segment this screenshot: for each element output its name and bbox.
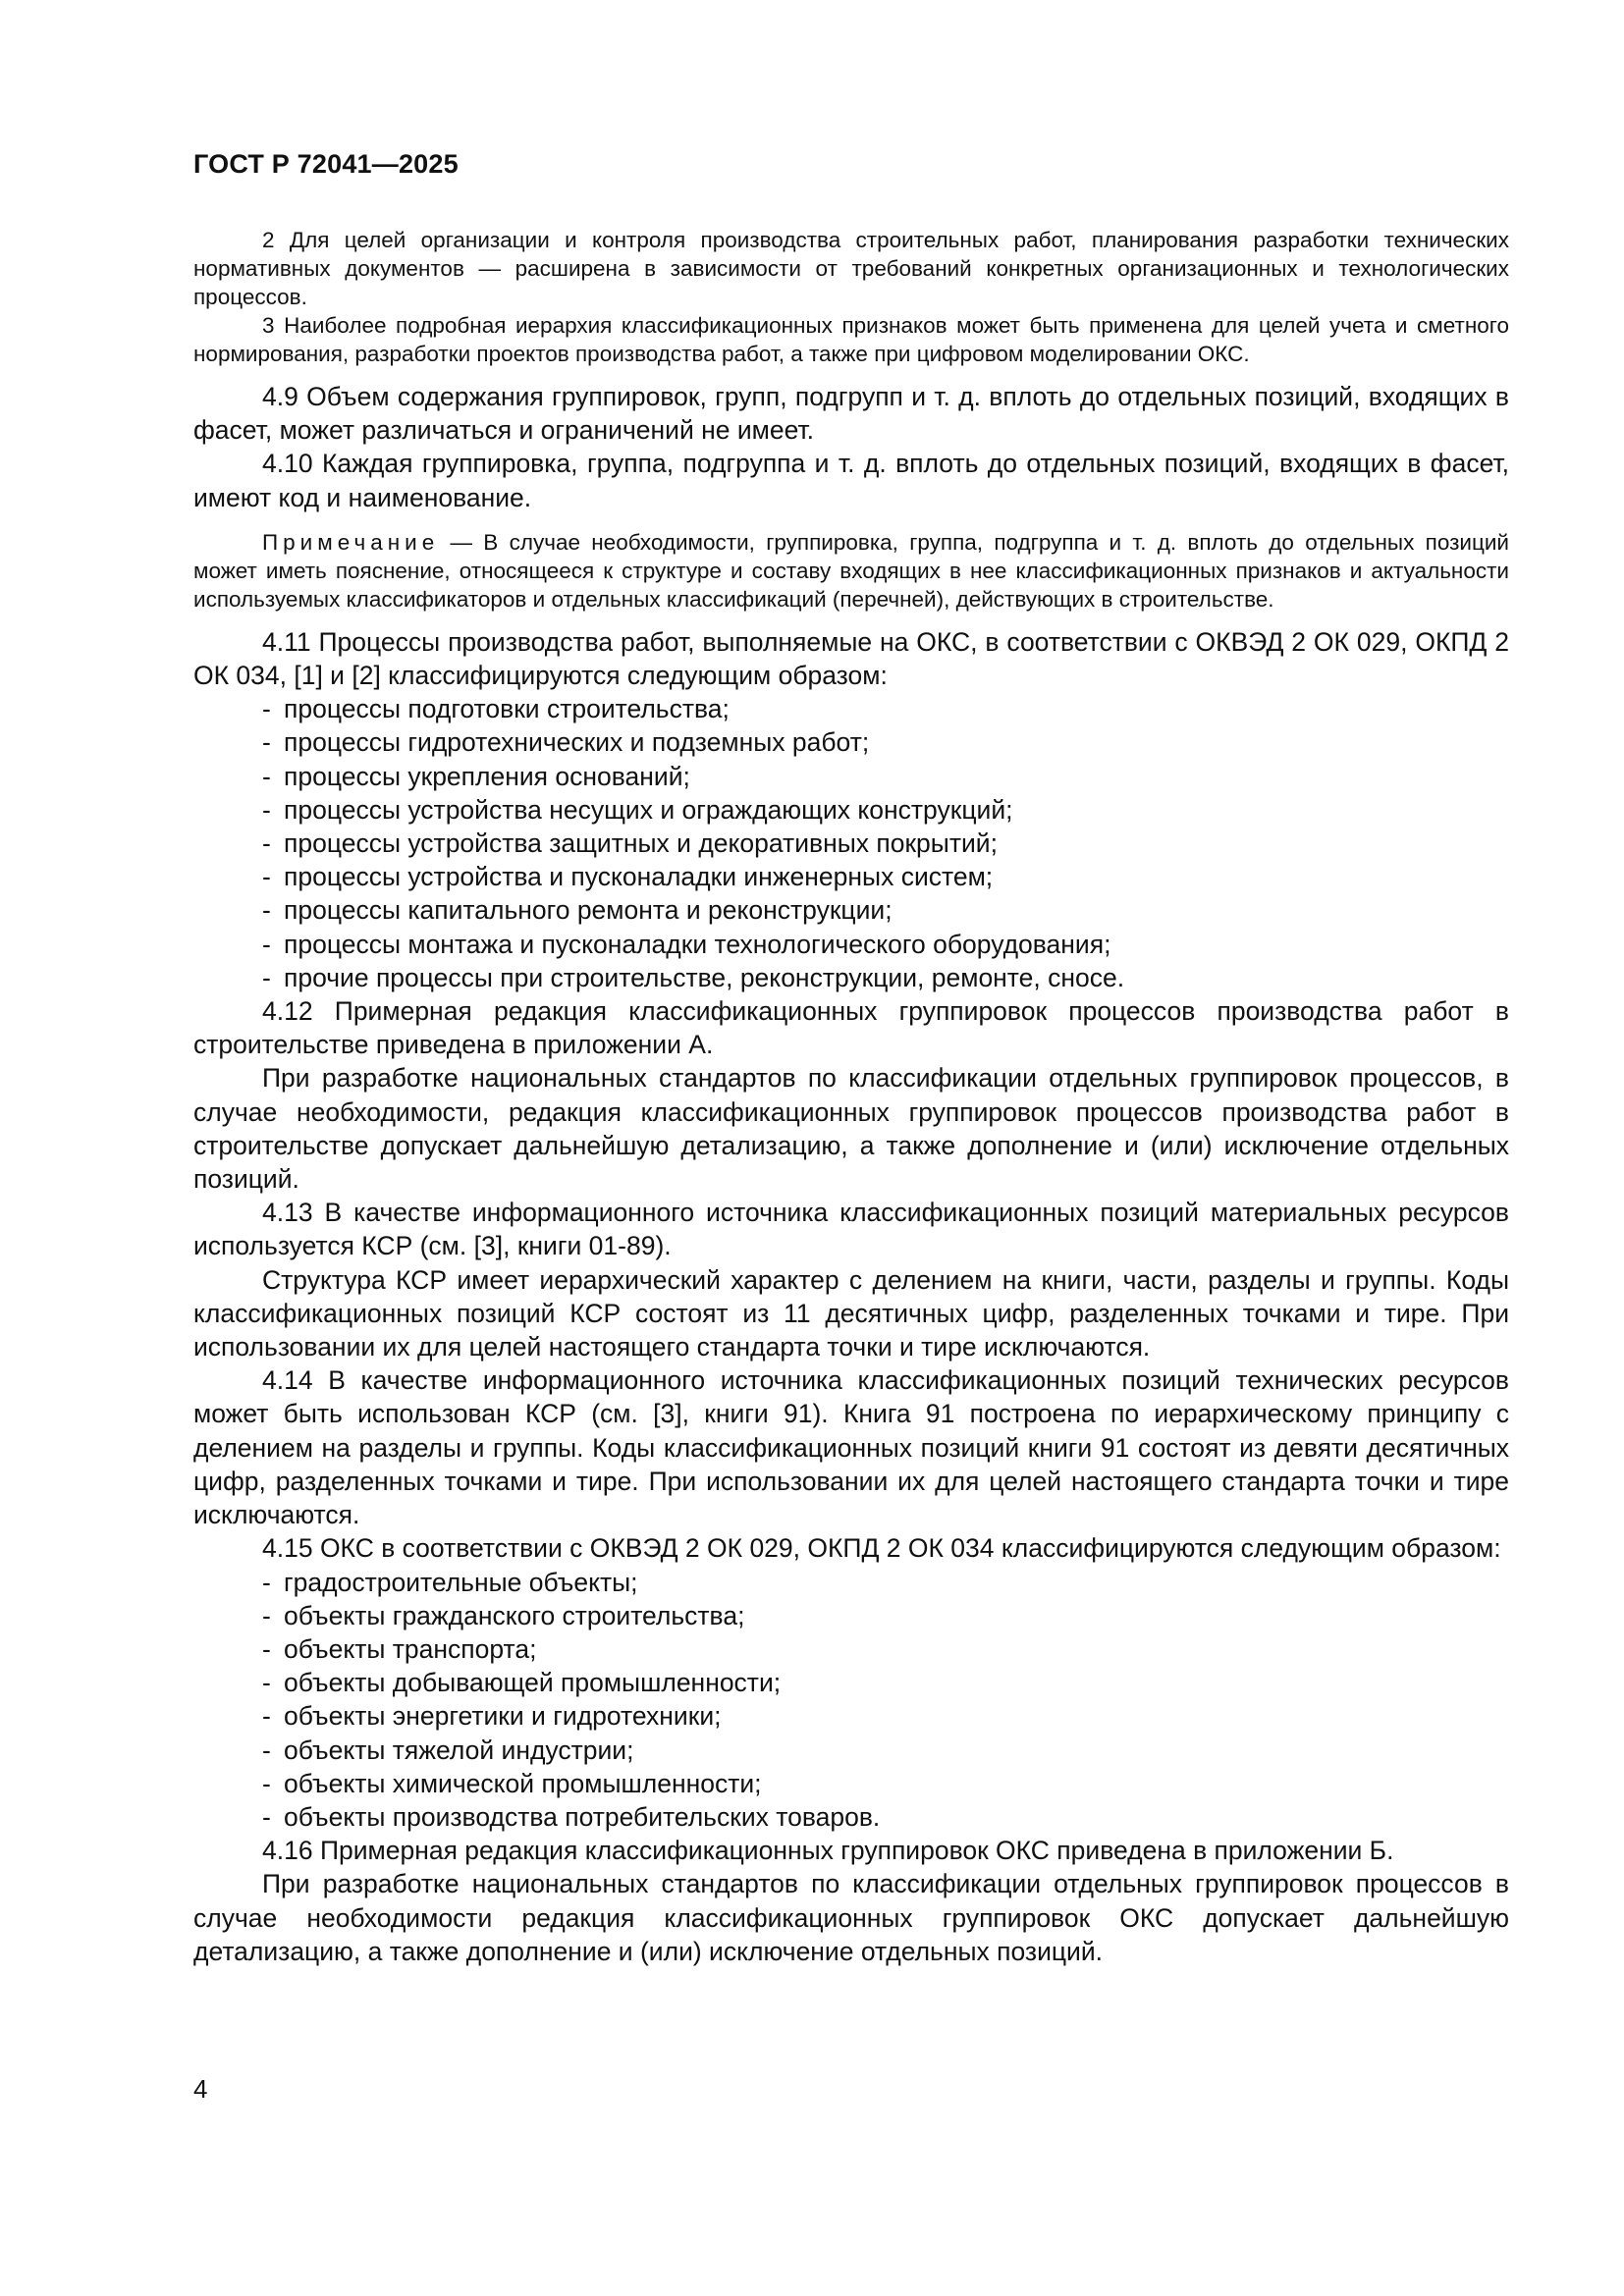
- dash-marker: -: [262, 827, 271, 860]
- clause-4-12-paragraph-2: При разработке национальных стандартов п…: [193, 1061, 1509, 1196]
- list-item: -объекты тяжелой индустрии;: [262, 1734, 1509, 1767]
- dash-marker: -: [262, 725, 271, 759]
- list-item: -процессы устройства несущих и ограждающ…: [262, 793, 1509, 827]
- construction-object-list: -градостроительные объекты; -объекты гра…: [193, 1566, 1509, 1835]
- dash-marker: -: [262, 961, 271, 994]
- clause-4-10: 4.10 Каждая группировка, группа, подгруп…: [193, 447, 1509, 513]
- dash-marker: -: [262, 860, 271, 893]
- dash-marker: -: [262, 893, 271, 927]
- clause-4-13: 4.13 В качестве информационного источник…: [193, 1196, 1509, 1262]
- list-item: -объекты энергетики и гидротехники;: [262, 1699, 1509, 1733]
- list-item: -объекты гражданского строительства;: [262, 1599, 1509, 1632]
- list-item: -объекты транспорта;: [262, 1632, 1509, 1666]
- list-item: -объекты химической промышленности;: [262, 1767, 1509, 1800]
- list-item: -процессы укрепления оснований;: [262, 760, 1509, 793]
- clause-4-15-intro: 4.15 ОКС в соответствии с ОКВЭД 2 ОК 029…: [193, 1531, 1509, 1565]
- clause-4-16-paragraph-2: При разработке национальных стандартов п…: [193, 1867, 1509, 1968]
- list-item: -объекты производства потребительских то…: [262, 1800, 1509, 1834]
- list-item: -процессы капитального ремонта и реконст…: [262, 893, 1509, 927]
- list-item: -градостроительные объекты;: [262, 1566, 1509, 1599]
- clause-4-10-note: Примечание — В случае необходимости, гру…: [193, 528, 1509, 614]
- list-item: -процессы подготовки строительства;: [262, 692, 1509, 725]
- dash-marker: -: [262, 1599, 271, 1632]
- clause-4-14: 4.14 В качестве информационного источник…: [193, 1363, 1509, 1531]
- dash-marker: -: [262, 1632, 271, 1666]
- clause-4-13-paragraph-2: Структура КСР имеет иерархический характ…: [193, 1263, 1509, 1364]
- process-list: -процессы подготовки строительства; -про…: [193, 692, 1509, 994]
- clause-4-16: 4.16 Примерная редакция классификационны…: [193, 1834, 1509, 1867]
- dash-marker: -: [262, 760, 271, 793]
- note-label: Примечание: [262, 530, 439, 555]
- list-item: -процессы устройства и пусконаладки инже…: [262, 860, 1509, 893]
- dash-marker: -: [262, 793, 271, 827]
- dash-marker: -: [262, 1767, 271, 1800]
- page-number: 4: [193, 2074, 207, 2105]
- note-3: 3 Наиболее подробная иерархия классифика…: [193, 311, 1509, 368]
- dash-marker: -: [262, 1734, 271, 1767]
- list-item: -процессы монтажа и пусконаладки техноло…: [262, 928, 1509, 961]
- dash-marker: -: [262, 1699, 271, 1733]
- dash-marker: -: [262, 928, 271, 961]
- document-code-header: ГОСТ Р 72041—2025: [193, 149, 459, 180]
- list-item: -прочие процессы при строительстве, реко…: [262, 961, 1509, 994]
- clause-4-11-intro: 4.11 Процессы производства работ, выполн…: [193, 625, 1509, 692]
- note-2: 2 Для целей организации и контроля произ…: [193, 226, 1509, 311]
- dash-marker: -: [262, 1566, 271, 1599]
- dash-marker: -: [262, 1800, 271, 1834]
- dash-marker: -: [262, 692, 271, 725]
- list-item: -процессы устройства защитных и декорати…: [262, 827, 1509, 860]
- dash-marker: -: [262, 1666, 271, 1699]
- clause-4-12: 4.12 Примерная редакция классификационны…: [193, 994, 1509, 1061]
- list-item: -объекты добывающей промышленности;: [262, 1666, 1509, 1699]
- clause-4-9: 4.9 Объем содержания группировок, групп,…: [193, 380, 1509, 447]
- document-content: 2 Для целей организации и контроля произ…: [193, 226, 1509, 1968]
- list-item: -процессы гидротехнических и подземных р…: [262, 725, 1509, 759]
